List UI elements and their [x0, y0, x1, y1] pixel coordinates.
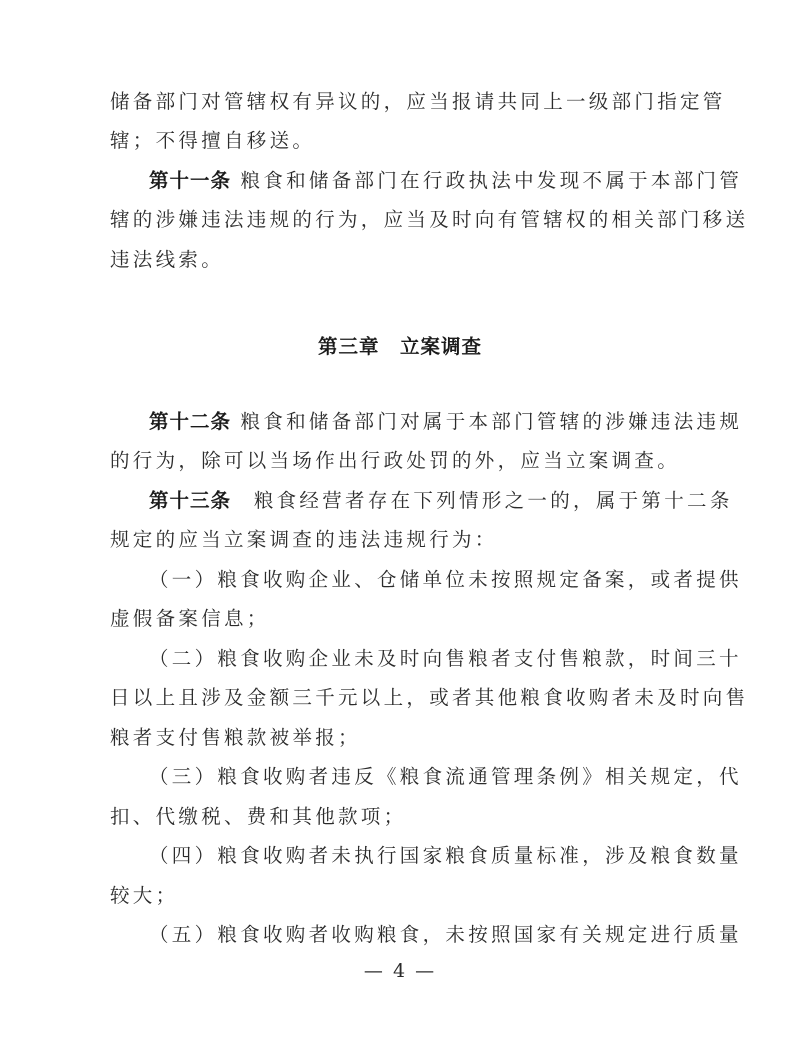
chapter-title: 第三章 立案调查 [0, 331, 800, 359]
line-text: 储备部门对管辖权有异议的，应当报请共同上一级部门指定管 [110, 90, 726, 113]
article-number: 第十二条 [149, 410, 231, 433]
paragraph-line: 规定的应当立案调查的违法违规行为： [110, 528, 692, 552]
line-text: 粮食和储备部门在行政执法中发现不属于本部门管 [231, 169, 742, 192]
line-text: 辖；不得擅自移送。 [110, 129, 315, 152]
article-number: 第十三条 [149, 489, 231, 512]
list-item-line: （五）粮食收购者收购粮食，未按照国家有关规定进行质量 [149, 923, 692, 947]
line-text: （三）粮食收购者违反《粮食流通管理条例》相关规定，代 [149, 765, 742, 788]
paragraph-line: 违法线索。 [110, 248, 692, 272]
paragraph-line: 辖；不得擅自移送。 [110, 129, 692, 153]
line-text: 虚假备案信息； [110, 607, 270, 630]
paragraph-line: 储备部门对管辖权有异议的，应当报请共同上一级部门指定管 [110, 90, 692, 114]
line-text: 的行为，除可以当场作出行政处罚的外，应当立案调查。 [110, 449, 680, 472]
line-text: （四）粮食收购者未执行国家粮食质量标准，涉及粮食数量 [149, 844, 742, 867]
article-12-heading-line: 第十二条 粮食和储备部门对属于本部门管辖的涉嫌违法违规 [149, 410, 692, 434]
paragraph-line: 辖的涉嫌违法违规的行为，应当及时向有管辖权的相关部门移送 [110, 208, 692, 232]
paragraph-line: 日以上且涉及金额三千元以上，或者其他粮食收购者未及时向售 [110, 686, 692, 710]
document-page: 储备部门对管辖权有异议的，应当报请共同上一级部门指定管 辖；不得擅自移送。 第十… [0, 0, 800, 1044]
line-text: 较大； [110, 884, 178, 907]
paragraph-line: 虚假备案信息； [110, 607, 692, 631]
line-text: （二）粮食收购企业未及时向售粮者支付售粮款，时间三十 [149, 647, 742, 670]
line-text: 违法线索。 [110, 248, 224, 271]
paragraph-line: 的行为，除可以当场作出行政处罚的外，应当立案调查。 [110, 449, 692, 473]
list-item-line: （三）粮食收购者违反《粮食流通管理条例》相关规定，代 [149, 765, 692, 789]
line-text: 扣、代缴税、费和其他款项； [110, 805, 406, 828]
line-text: 日以上且涉及金额三千元以上，或者其他粮食收购者未及时向售 [110, 686, 748, 709]
list-item-line: （四）粮食收购者未执行国家粮食质量标准，涉及粮食数量 [149, 844, 692, 868]
list-item-line: （二）粮食收购企业未及时向售粮者支付售粮款，时间三十 [149, 647, 692, 671]
paragraph-line: 扣、代缴税、费和其他款项； [110, 805, 692, 829]
paragraph-line: 粮者支付售粮款被举报； [110, 726, 692, 750]
article-13-heading-line: 第十三条 粮食经营者存在下列情形之一的，属于第十二条 [149, 489, 692, 513]
line-text: 辖的涉嫌违法违规的行为，应当及时向有管辖权的相关部门移送 [110, 208, 748, 231]
line-text: （一）粮食收购企业、仓储单位未按照规定备案，或者提供 [149, 568, 742, 591]
line-text: 粮者支付售粮款被举报； [110, 726, 361, 749]
page-number: — 4 — [0, 960, 800, 982]
article-11-heading-line: 第十一条 粮食和储备部门在行政执法中发现不属于本部门管 [149, 169, 692, 193]
line-text: 粮食和储备部门对属于本部门管辖的涉嫌违法违规 [231, 410, 742, 433]
list-item-line: （一）粮食收购企业、仓储单位未按照规定备案，或者提供 [149, 568, 692, 592]
line-text: 规定的应当立案调查的违法违规行为： [110, 528, 498, 551]
article-number: 第十一条 [149, 169, 231, 192]
paragraph-line: 较大； [110, 884, 692, 908]
line-text: （五）粮食收购者收购粮食，未按照国家有关规定进行质量 [149, 923, 742, 946]
line-text: 粮食经营者存在下列情形之一的，属于第十二条 [231, 489, 733, 512]
